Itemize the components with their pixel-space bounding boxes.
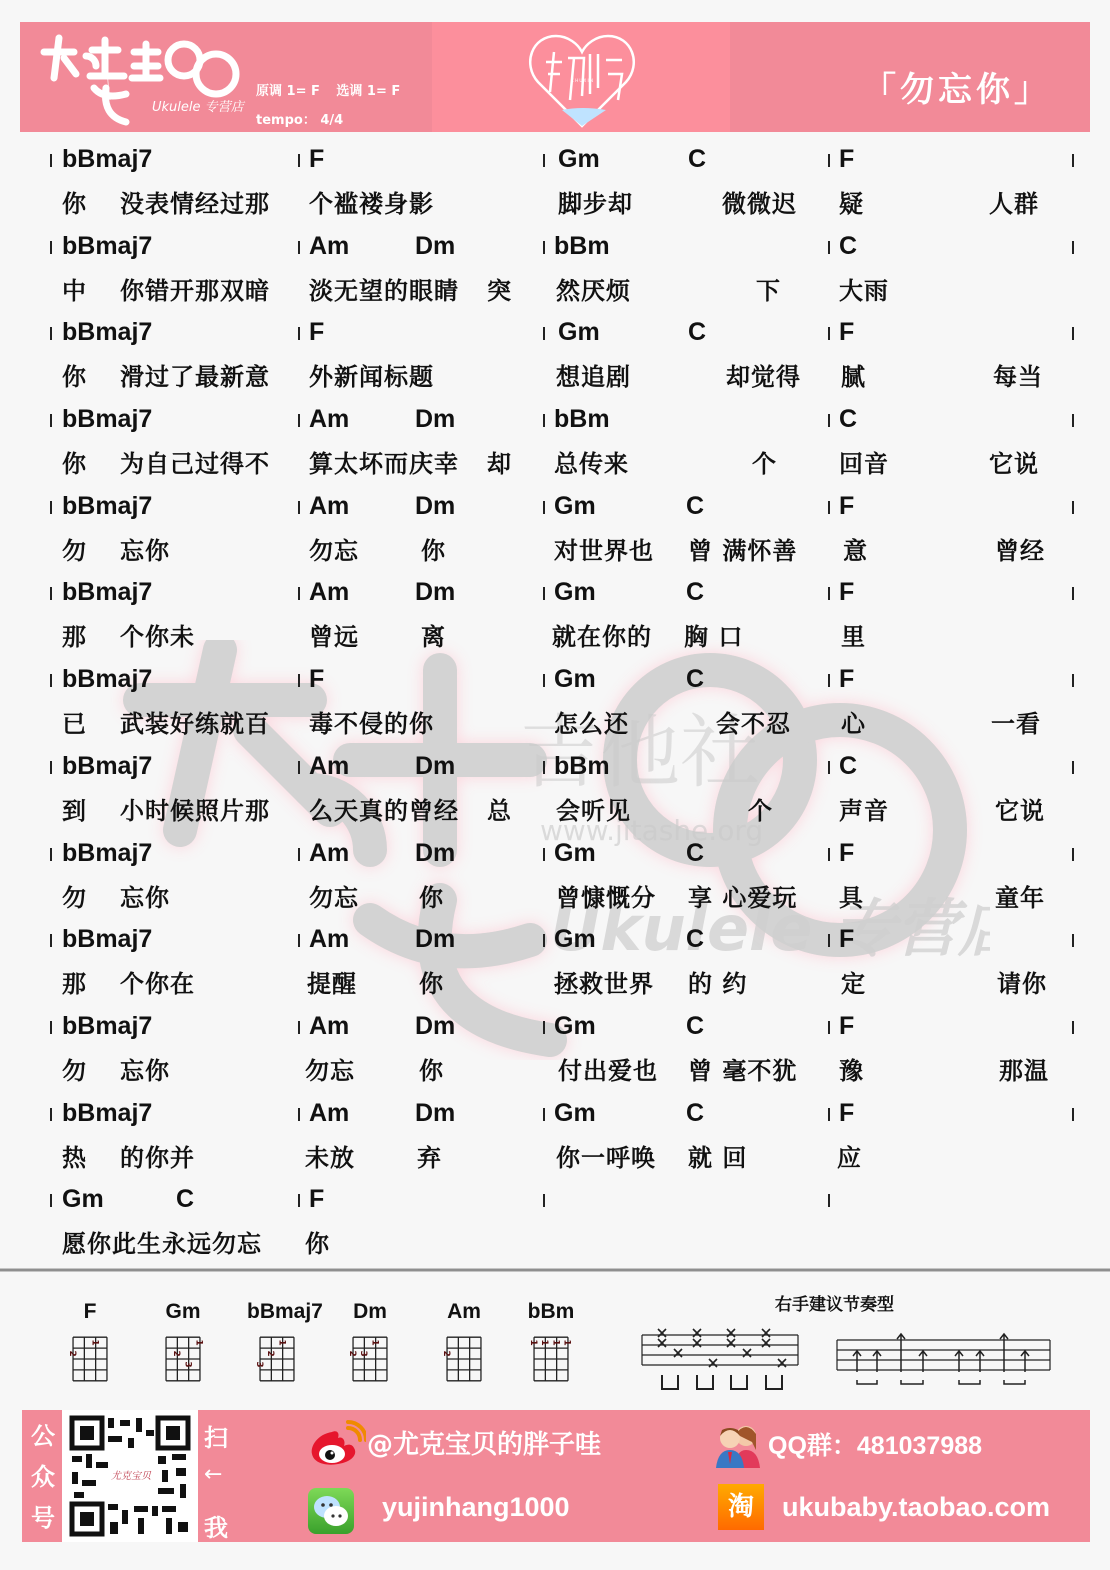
svg-text:尤克宝贝: 尤克宝贝 [111,1470,152,1482]
fretboard-grid-icon: 123 [256,1332,298,1386]
measure: F具童年 [825,837,1075,923]
chord-symbol: Gm [554,665,596,694]
lyric-text: 付出爱也 [558,1051,658,1086]
lyric-text: 个你在 [120,964,195,999]
barline-end [1072,674,1074,687]
sheet-row: bBmaj7那个你在AmDm提醒你GmC拯救世界的 约F定请你 [40,923,1090,1010]
barline [828,501,830,514]
lyric-text: 曾经 [995,531,1045,566]
lyric-text: 忘你 [120,1051,170,1086]
measure: AmDm勿忘你 [295,490,540,576]
chord-symbol: Gm [62,1185,104,1214]
chord-symbol: C [686,925,704,954]
lyric-text: 外新闻标题 [309,357,434,392]
lyric-text: 回音 [839,444,889,479]
taobao-icon[interactable]: 淘 [718,1484,764,1530]
chord-symbol: C [686,1012,704,1041]
barline [298,1021,300,1034]
lyric-text: 为自己过得不 [120,444,270,479]
barline [828,1021,830,1034]
chord-symbol: Gm [554,839,596,868]
barline [50,674,52,687]
sheet-row: bBmaj7你没表情经过那F个褴褛身影GmC脚步却微微迟F疑人群 [40,143,1090,230]
measure: GmC你一呼唤就 回 [540,1097,825,1183]
strum-pattern-fingerpick [638,1325,803,1395]
chord-symbol: Gm [554,492,596,521]
chord-symbol: Gm [554,578,596,607]
lyric-text: 微微迟 [722,184,797,219]
fretboard-grid-icon: 123 [349,1332,391,1386]
footer-banner: 公 众 号 尤克宝贝 扫 [22,1410,1090,1542]
barline [298,501,300,514]
chord-diagram: Dm123 [340,1300,400,1390]
measure: bBmaj7你没表情经过那 [40,143,295,229]
lyric-text: 算太坏而庆幸 [309,444,459,479]
measure: F应 [825,1097,1075,1183]
lyric-text: 个 [748,791,773,826]
svg-text:2: 2 [443,1350,451,1356]
barline [50,1108,52,1121]
chord-diagram-name: F [60,1300,120,1330]
measure [540,1183,825,1269]
chord-symbol: Dm [415,232,455,261]
measure: GmC就在你的胸 口 [540,576,825,662]
barline-end [1072,501,1074,514]
chord-symbol: Dm [415,752,455,781]
brand-logo-icon [34,30,254,130]
chord-symbol: Am [309,839,349,868]
chord-symbol: Dm [415,925,455,954]
barline [298,414,300,427]
lyric-text: 勿 [62,878,87,913]
chord-symbol: Dm [415,492,455,521]
measure: AmDm淡无望的眼睛突 [295,230,540,316]
lyric-text: 没表情经过那 [120,184,270,219]
measure: F疑人群 [825,143,1075,229]
lyric-text: 你错开那双暗 [120,271,270,306]
lyric-text: 离 [421,617,446,652]
svg-text:1: 1 [550,1340,560,1346]
barline [543,848,545,861]
barline [50,327,52,340]
barline [828,934,830,947]
chord-symbol: bBm [554,405,610,434]
header-banner: Ukulele 专营店 原调 1= F 选调 1= F tempo： 4/4 C… [20,22,1090,132]
lyric-text: 童年 [995,878,1045,913]
weibo-account[interactable]: @尤克宝贝的胖子哇 [367,1424,601,1461]
barline-end [1072,761,1074,774]
arrow-left-icon: ← [204,1462,222,1487]
chord-symbol: bBmaj7 [62,492,152,521]
chord-symbol: bBmaj7 [62,318,152,347]
measure: GmC怎么还会不忍 [540,663,825,749]
lyric-text: 那 [62,964,87,999]
lyric-text: 中 [62,271,87,306]
measure: GmC脚步却微微迟 [540,143,825,229]
chord-diagram: F12 [60,1300,120,1390]
lyric-text: 到 [62,791,87,826]
chord-symbol: F [839,492,854,521]
chord-diagram-name: Dm [340,1300,400,1330]
sheet-row: bBmaj7勿忘你AmDm勿忘你GmC付出爱也曾 毫不犹F豫那温 [40,1010,1090,1097]
barline [828,587,830,600]
chord-symbol: bBmaj7 [62,752,152,781]
barline [828,241,830,254]
chord-symbol: C [839,752,857,781]
lyric-text: 你 [62,444,87,479]
strum-pattern-strumming [835,1330,1055,1390]
official-account-label: 公 众 号 [26,1416,60,1539]
barline [50,761,52,774]
lyric-text: 忘你 [120,878,170,913]
lyric-text: 愿你此生永远勿忘 [62,1224,262,1259]
wechat-icon[interactable] [308,1488,354,1534]
chord-symbol: C [176,1185,194,1214]
lyric-text: 你 [419,878,444,913]
svg-text:1: 1 [539,1340,549,1346]
barline [828,761,830,774]
chord-symbol: F [839,1099,854,1128]
svg-text:3: 3 [256,1361,264,1367]
measure: F外新闻标题 [295,316,540,402]
lyric-text: 胸 口 [684,617,743,652]
brand-subtitle: Ukulele 专营店 [152,96,244,115]
measure: AmDm算太坏而庆幸却 [295,403,540,489]
header-center-panel: C H U X I N [432,22,730,132]
barline [50,154,52,167]
lyric-text: 忘你 [120,531,170,566]
barline [50,934,52,947]
barline [543,154,545,167]
barline [298,1108,300,1121]
measure: bBmaj7那个你在 [40,923,295,1009]
lyric-text: 武装好练就百 [120,704,270,739]
chord-symbol: C [686,492,704,521]
svg-text:C H U X I N: C H U X I N [571,78,593,83]
barline-end [1072,414,1074,427]
chord-symbol: Am [309,752,349,781]
barline [543,934,545,947]
lyric-text: 的你并 [120,1138,195,1173]
lyric-text: 提醒 [307,964,357,999]
sheet-row: bBmaj7热的你并AmDm未放弃GmC你一呼唤就 回F应 [40,1097,1090,1184]
lyric-text: 拯救世界 [554,964,654,999]
barline [50,587,52,600]
barline [543,761,545,774]
chord-symbol: C [839,405,857,434]
chord-symbol: bBmaj7 [62,405,152,434]
chord-symbol: bBmaj7 [62,578,152,607]
measure: F里 [825,576,1075,662]
lyric-text: 会不忍 [716,704,791,739]
chord-diagram-name: bBm [521,1300,581,1330]
svg-text:1: 1 [530,1340,538,1346]
lyric-text: 你 [305,1224,330,1259]
lyric-text: 勿忘 [309,531,359,566]
measure: C大雨 [825,230,1075,316]
chord-symbol: F [839,578,854,607]
chord-symbol: Dm [415,405,455,434]
measure: bBmaj7勿忘你 [40,1010,295,1096]
lyric-text: 那 [62,617,87,652]
chord-symbol: bBm [554,752,610,781]
barline [298,241,300,254]
lyric-text: 就 回 [688,1138,747,1173]
lyric-text: 勿 [62,531,87,566]
measure: bBmaj7中你错开那双暗 [40,230,295,316]
chord-symbol: bBmaj7 [62,1012,152,1041]
lyric-text: 疑 [839,184,864,219]
lyric-text: 豫 [839,1051,864,1086]
lyric-text: 总 [487,791,512,826]
chord-symbol: bBm [554,232,610,261]
chord-symbol: bBmaj7 [62,665,152,694]
barline-end [1072,848,1074,861]
sheet-row: bBmaj7到小时候照片那AmDm么天真的曾经总bBm会听见个C声音它说 [40,750,1090,837]
svg-text:1: 1 [276,1340,286,1346]
lyric-text: 应 [837,1138,862,1173]
lyric-text: 会听见 [556,791,631,826]
chord-symbol: F [309,665,324,694]
lyric-text: 曾 满怀善 [688,531,797,566]
lyric-text: 曾 毫不犹 [688,1051,797,1086]
measure: bBmaj7热的你并 [40,1097,295,1183]
qr-code[interactable]: 尤克宝贝 [62,1410,198,1542]
chord-symbol: bBmaj7 [62,925,152,954]
weibo-icon[interactable] [308,1420,366,1468]
svg-text:1: 1 [89,1340,99,1346]
key-info: 原调 1= F 选调 1= F [256,80,412,99]
qr-code-icon: 尤克宝贝 [62,1410,198,1542]
sheet-row: bBmaj7你为自己过得不AmDm算太坏而庆幸却bBm总传来个C回音它说 [40,403,1090,490]
lyric-text: 毒不侵的你 [309,704,434,739]
svg-text:1: 1 [194,1340,204,1346]
chord-symbol: C [686,839,704,868]
measure: bBmaj7你为自己过得不 [40,403,295,489]
lyric-text: 你 [421,531,446,566]
lyric-text: 大雨 [839,271,889,306]
lyric-text: 每当 [993,357,1043,392]
measure: GmC愿你此生永远勿忘 [40,1183,295,1269]
chord-symbol: F [309,145,324,174]
svg-text:2: 2 [171,1350,181,1356]
sheet-row: bBmaj7勿忘你AmDm勿忘你GmC对世界也曾 满怀善F意曾经 [40,490,1090,577]
chord-symbol: C [686,578,704,607]
lyric-text: 曾慷慨分 [556,878,656,913]
svg-text:3: 3 [182,1361,192,1367]
lyric-text: 滑过了最新意 [120,357,270,392]
chord-diagram: Am2 [434,1300,494,1390]
barline [298,154,300,167]
chord-diagram: bBm1111 [521,1300,581,1390]
lyric-text: 心 [841,704,866,739]
lyric-text: 它说 [995,791,1045,826]
chord-symbol: C [686,665,704,694]
chord-symbol: F [839,145,854,174]
chord-symbol: Dm [415,839,455,868]
barline [543,501,545,514]
chord-diagram-name: bBmaj7 [247,1300,307,1330]
taobao-store-link[interactable]: ukubaby.taobao.com [782,1492,1050,1523]
chord-diagram: Gm123 [153,1300,213,1390]
barline [828,674,830,687]
barline [543,241,545,254]
measure: bBmaj7那个你未 [40,576,295,662]
qq-group-number[interactable]: QQ群：481037988 [768,1426,982,1462]
measure: GmC对世界也曾 满怀善 [540,490,825,576]
chord-symbol: Dm [415,578,455,607]
lyric-text: 你 [419,964,444,999]
measure: bBmaj7到小时候照片那 [40,750,295,836]
strum-pattern-title: 右手建议节奏型 [775,1290,894,1315]
lyric-text: 么天真的曾经 [309,791,459,826]
lyric-text: 它说 [989,444,1039,479]
lyric-text: 却 [487,444,512,479]
chord-symbol: Dm [415,1099,455,1128]
wechat-account[interactable]: yujinhang1000 [382,1492,570,1523]
song-title: 「勿忘你」 [862,62,1052,111]
measure: bBmaj7勿忘你 [40,490,295,576]
measure: AmDm曾远离 [295,576,540,662]
chord-symbol: F [839,318,854,347]
lyric-text: 热 [62,1138,87,1173]
lyric-text: 定 [841,964,866,999]
barline-end [1072,1108,1074,1121]
chord-diagram-name: Am [434,1300,494,1330]
chord-sheet: bBmaj7你没表情经过那F个褴褛身影GmC脚步却微微迟F疑人群bBmaj7中你… [40,143,1090,1270]
svg-text:3: 3 [358,1350,368,1356]
lyric-text: 你 [419,1051,444,1086]
barline [543,587,545,600]
lyric-text: 总传来 [554,444,629,479]
chord-symbol: F [839,1012,854,1041]
barline [543,674,545,687]
chord-symbol: Gm [554,1012,596,1041]
lyric-text: 未放 [305,1138,355,1173]
lyric-text: 勿 [62,1051,87,1086]
heart-logo-icon: C H U X I N [526,30,638,130]
chord-symbol: Gm [554,925,596,954]
lyric-text: 个褴褛身影 [309,184,434,219]
measure: bBm然厌烦下 [540,230,825,316]
chord-symbol: C [688,145,706,174]
barline [50,1021,52,1034]
svg-text:2: 2 [349,1350,357,1356]
chord-symbol: bBmaj7 [62,1099,152,1128]
selected-key: 选调 1= F [336,84,400,99]
lyric-text: 一看 [991,704,1041,739]
header-right-panel: 「勿忘你」 [730,22,1090,132]
barline [298,674,300,687]
barline [50,241,52,254]
lyric-text: 你一呼唤 [556,1138,656,1173]
lyric-text: 声音 [839,791,889,826]
measure: AmDm勿忘你 [295,837,540,923]
fretboard-grid-icon: 1111 [530,1332,572,1386]
lyric-text: 那温 [999,1051,1049,1086]
barline [298,587,300,600]
measure: F豫那温 [825,1010,1075,1096]
measure: bBm总传来个 [540,403,825,489]
chord-symbol: Am [309,492,349,521]
lyric-text: 然厌烦 [556,271,631,306]
chord-symbol: Am [309,925,349,954]
lyric-text: 你 [62,184,87,219]
sheet-row: GmC愿你此生永远勿忘F你 [40,1183,1090,1270]
chord-diagram-name: Gm [153,1300,213,1330]
barline [828,1108,830,1121]
barline [298,848,300,861]
measure: GmC拯救世界的 约 [540,923,825,1009]
chord-symbol: F [839,839,854,868]
barline [543,1194,545,1207]
fretboard-grid-icon: 2 [443,1332,485,1386]
chord-symbol: Dm [415,1012,455,1041]
chord-symbol: Am [309,1099,349,1128]
barline [828,1194,830,1207]
header-left-panel: Ukulele 专营店 原调 1= F 选调 1= F tempo： 4/4 [20,22,432,132]
lyric-text: 勿忘 [305,1051,355,1086]
chord-symbol: Am [309,578,349,607]
measure [825,1183,1075,1269]
lyric-text: 个 [752,444,777,479]
lyric-text: 意 [843,531,868,566]
barline [298,761,300,774]
barline [298,934,300,947]
measure: GmC曾慷慨分享 心爱玩 [540,837,825,923]
chord-symbol: Gm [558,318,600,347]
chord-symbol: C [686,1099,704,1128]
barline [298,327,300,340]
measure: F意曾经 [825,490,1075,576]
original-key: 原调 1= F [256,84,320,99]
barline [298,1194,300,1207]
measure: F毒不侵的你 [295,663,540,749]
lyric-text: 淡无望的眼睛 [309,271,459,306]
lyric-text: 的 约 [688,964,747,999]
barline [543,327,545,340]
measure: bBm会听见个 [540,750,825,836]
lyric-text: 弃 [417,1138,442,1173]
barline-end [1072,587,1074,600]
lyric-text: 请你 [997,964,1047,999]
chord-symbol: Am [309,232,349,261]
barline [543,414,545,427]
barline [50,414,52,427]
barline-end [1072,241,1074,254]
sheet-row: bBmaj7你滑过了最新意F外新闻标题GmC想追剧却觉得F腻每当 [40,316,1090,403]
lyric-text: 你 [62,357,87,392]
qq-group-icon[interactable] [714,1422,762,1468]
lyric-text: 曾远 [309,617,359,652]
barline-end [1072,1021,1074,1034]
chord-symbol: Gm [554,1099,596,1128]
svg-text:1: 1 [562,1340,572,1346]
measure: F你 [295,1183,540,1269]
lyric-text: 却觉得 [726,357,801,392]
lyric-text: 怎么还 [554,704,629,739]
lyric-text: 人群 [989,184,1039,219]
measure: C回音它说 [825,403,1075,489]
lyric-text: 想追剧 [556,357,631,392]
barline [828,414,830,427]
chord-diagram: bBmaj7123 [247,1300,307,1390]
sheet-row: bBmaj7勿忘你AmDm勿忘你GmC曾慷慨分享 心爱玩F具童年 [40,837,1090,924]
sheet-row: bBmaj7那个你未AmDm曾远离GmC就在你的胸 口F里 [40,576,1090,663]
measure: bBmaj7你滑过了最新意 [40,316,295,402]
chord-symbol: F [839,665,854,694]
chord-symbol: Am [309,405,349,434]
